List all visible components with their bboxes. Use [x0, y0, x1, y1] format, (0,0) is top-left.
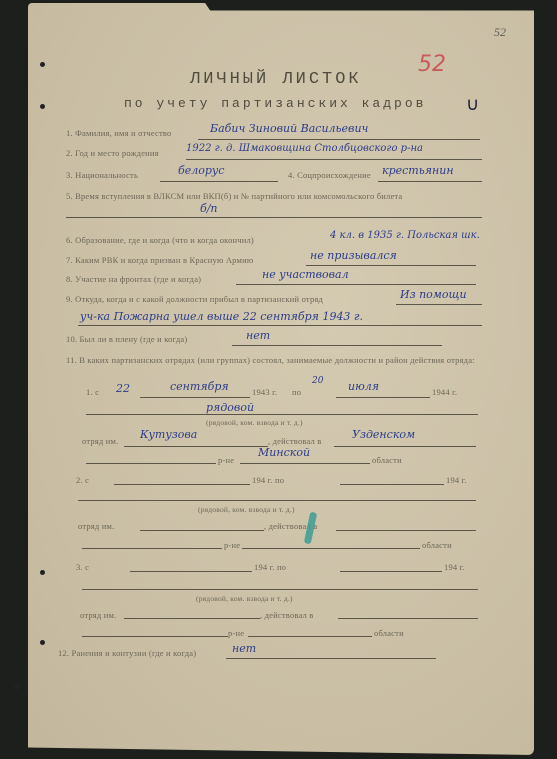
value-wounds: нет — [232, 642, 256, 655]
document-page — [28, 3, 534, 755]
punch-hole — [40, 104, 45, 109]
period1-position: рядовой — [206, 401, 254, 414]
line — [124, 618, 260, 619]
period2-rayon-label: р-не — [224, 540, 240, 550]
value-social-origin: крестьянин — [382, 164, 454, 177]
label-birth: 2. Год и место рождения — [66, 148, 159, 158]
value-education: 4 кл. в 1935 г. Польская шк. — [330, 230, 480, 241]
value-party: б/п — [200, 202, 218, 215]
punch-hole — [40, 640, 45, 645]
period1-detachment-label: отряд им. — [82, 436, 118, 446]
period3-oblast-label: области — [374, 628, 404, 638]
period1-position-caption: (рядовой, ком. взвода и т. д.) — [206, 418, 303, 427]
period2-detachment-label: отряд им. — [78, 521, 114, 531]
value-arrival-2: уч-ка Пожарна ушел выше 22 сентября 1943… — [80, 310, 363, 323]
value-front: не участвовал — [262, 268, 349, 281]
period2-year-to: 194 г. — [446, 475, 467, 485]
period1-rayon-label: р-не — [218, 455, 234, 465]
line — [78, 500, 476, 501]
line — [378, 181, 482, 182]
line — [334, 446, 476, 447]
page-number: 52 — [494, 25, 506, 40]
value-nationality: белорус — [178, 164, 224, 177]
period1-year-from: 1943 г. — [252, 387, 277, 397]
line — [236, 284, 476, 285]
value-conscription: не призывался — [310, 249, 397, 262]
period1-month: сентября — [170, 380, 229, 393]
line — [340, 484, 444, 485]
period3-detachment-label: отряд им. — [80, 610, 116, 620]
line — [248, 636, 372, 637]
label-detachments: 11. В каких партизанских отрядах (или гр… — [66, 354, 486, 367]
period1-oblast: Минской — [258, 446, 310, 459]
period2-oblast-label: области — [422, 540, 452, 550]
line — [140, 530, 264, 531]
red-page-mark: 52 — [418, 52, 446, 77]
value-captivity: нет — [246, 329, 270, 342]
value-birth: 1922 г. д. Шмаковщина Столбцовского р-на — [186, 143, 423, 154]
label-arrival: 9. Откуда, когда и с какой должности при… — [66, 294, 323, 304]
line — [240, 463, 370, 464]
period1-day-to: 20 — [312, 376, 323, 386]
label-conscription: 7. Каким РВК и когда призван в Красную А… — [66, 255, 253, 265]
line — [340, 571, 442, 572]
line — [396, 304, 482, 305]
period1-detachment: Кутузова — [140, 428, 197, 441]
line — [338, 618, 478, 619]
period3-position-caption: (рядовой, ком. взвода и т. д.) — [196, 594, 293, 603]
period1-oblast-label: области — [372, 455, 402, 465]
line — [130, 571, 252, 572]
label-social-origin: 4. Соцпроисхождение — [288, 170, 371, 180]
line — [86, 414, 478, 415]
label-front: 8. Участие на фронтах (где и когда) — [66, 274, 201, 284]
period2-year-from: 194 г. по — [252, 475, 284, 485]
document-title: ЛИЧНЫЙ ЛИСТОК — [190, 70, 362, 89]
period1-year-to: 1944 г. — [432, 387, 457, 397]
period2-from-label: 2. с — [76, 475, 89, 485]
line — [124, 446, 268, 447]
period3-acted-label: , действовал в — [260, 610, 314, 620]
line — [186, 159, 482, 160]
label-full-name: 1. Фамилия, имя и отчество — [66, 128, 172, 138]
line — [336, 530, 476, 531]
period1-district: Узденском — [352, 428, 415, 441]
line — [242, 548, 420, 549]
document-subtitle: по учету партизанских кадров — [124, 96, 426, 111]
line — [198, 139, 480, 140]
punch-hole — [40, 62, 45, 67]
line — [114, 484, 250, 485]
punch-hole — [40, 570, 45, 575]
line — [82, 636, 228, 637]
period1-month-to: июля — [348, 380, 379, 393]
value-full-name: Бабич Зиновий Васильевич — [210, 122, 368, 135]
punch-hole — [14, 685, 19, 690]
period3-from-label: 3. с — [76, 562, 89, 572]
line — [66, 217, 482, 218]
period1-po: по — [292, 387, 301, 397]
period1-day: 22 — [116, 382, 130, 395]
period1-acted-label: , действовал в — [268, 436, 322, 446]
line — [160, 181, 278, 182]
period3-year-to: 194 г. — [444, 562, 465, 572]
line — [86, 463, 216, 464]
checkmark-icon: ∪ — [466, 94, 479, 115]
line — [140, 397, 250, 398]
period3-year-from: 194 г. по — [254, 562, 286, 572]
line — [226, 658, 436, 659]
period3-rayon-label: р-не — [228, 628, 244, 638]
label-education: 6. Образование, где и когда (что и когда… — [66, 235, 254, 245]
value-arrival: Из помощи — [400, 288, 467, 301]
line — [82, 589, 478, 590]
label-captivity: 10. Был ли в плену (где и когда) — [66, 334, 187, 344]
line — [232, 345, 442, 346]
line — [82, 548, 222, 549]
line — [336, 397, 430, 398]
label-wounds: 12. Ранения и контузии (где и когда) — [58, 648, 196, 658]
line — [78, 325, 482, 326]
label-party: 5. Время вступления в ВЛКСМ или ВКП(б) и… — [66, 191, 402, 201]
period1-from-label: 1. с — [86, 387, 99, 397]
label-nationality: 3. Национальность — [66, 170, 138, 180]
period2-position-caption: (рядовой, ком. взвода и т. д.) — [198, 505, 295, 514]
line — [306, 265, 476, 266]
